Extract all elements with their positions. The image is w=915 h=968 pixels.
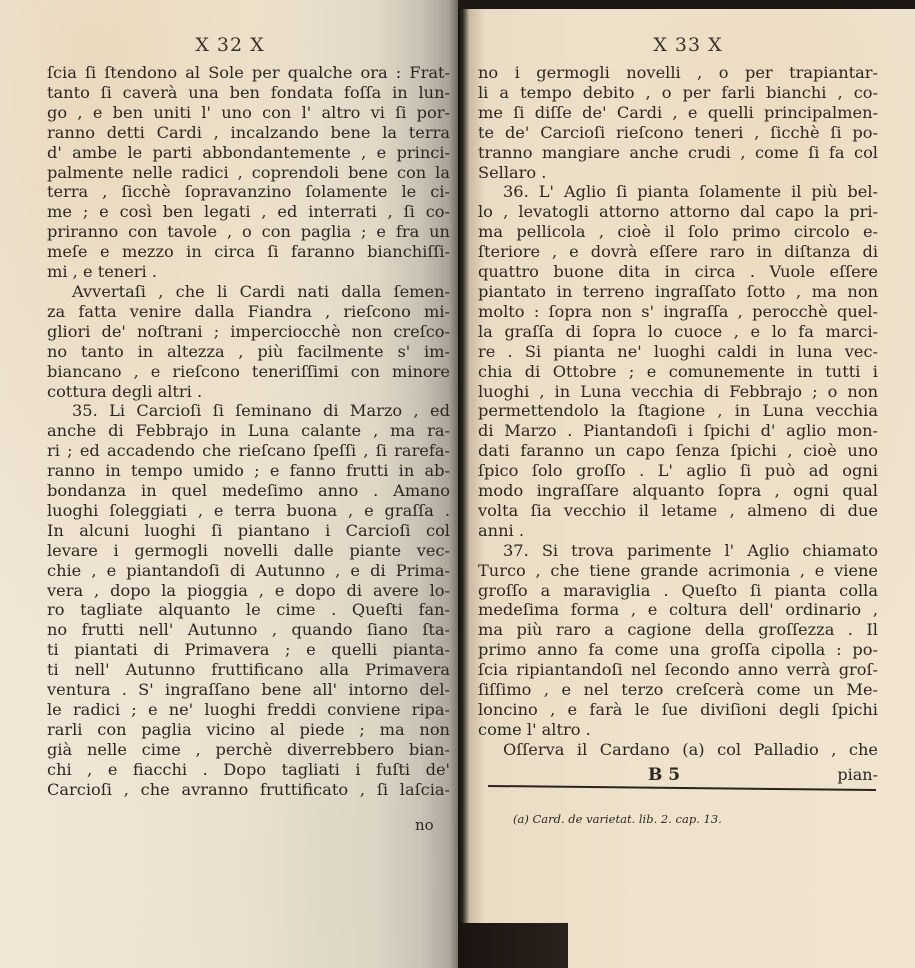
text-line: anche di Febbrajo in Luna calante , ma r… xyxy=(47,421,450,441)
text-line: terra , ſicchè ſopravanzino ſolamente le… xyxy=(47,182,450,202)
binding-shadow xyxy=(458,923,568,968)
footnote: (a) Card. de varietat. lib. 2. cap. 13. xyxy=(513,812,722,826)
text-line: la graſſa di ſopra lo cuoce , e lo fa ma… xyxy=(478,322,878,342)
catchword: pian- xyxy=(837,765,878,784)
book-spread: X 32 X ſcia ſi ſtendono al Sole per qual… xyxy=(0,0,915,968)
text-line: ma più raro a cagione della groſſezza . … xyxy=(478,620,878,640)
catchword: no xyxy=(415,816,434,834)
text-line: Turco , che tiene grande acrimonia , e v… xyxy=(478,561,878,581)
text-line: molto : ſopra non s' ingraſſa , perocchè… xyxy=(478,302,878,322)
text-line: chi , e fiacchi . Dopo tagliati i fuſti … xyxy=(47,760,450,780)
text-line: gliori de' noſtrani ; imperciocchè non c… xyxy=(47,322,450,342)
text-line: me ſi diſſe de' Cardi , e quelli princip… xyxy=(478,103,878,123)
text-line: luoghi , in Luna vecchia di Febbrajo ; o… xyxy=(478,382,878,402)
text-line: go , e ben uniti l' uno con l' altro vi … xyxy=(47,103,450,123)
text-line: come l' altro . xyxy=(478,720,878,740)
text-line: cottura degli altri . xyxy=(47,382,450,402)
text-line: ranno detti Cardi , incalzando bene la t… xyxy=(47,123,450,143)
text-line: tanto ſi caverà una ben fondata foſſa in… xyxy=(47,83,450,103)
text-line: Oſſerva il Cardano (a) col Palladio , ch… xyxy=(478,740,878,760)
text-line: ro tagliate alquanto le cime . Queſti fa… xyxy=(47,600,450,620)
text-line: ranno in tempo umido ; e fanno frutti in… xyxy=(47,461,450,481)
text-line: levare i germogli novelli dalle piante v… xyxy=(47,541,450,561)
text-line: ventura . S' ingraſſano bene all' intorn… xyxy=(47,680,450,700)
text-line: palmente nelle radici , coprendoli bene … xyxy=(47,163,450,183)
text-line: ti piantati di Primavera ; e quelli pian… xyxy=(47,640,450,660)
text-line: modo ingraſſare alquanto ſopra , ogni qu… xyxy=(478,481,878,501)
text-line: di Marzo . Piantandoſi i ſpichi d' aglio… xyxy=(478,421,878,441)
text-line: Avvertaſi , che li Cardi nati dalla ſeme… xyxy=(47,282,450,302)
text-line: medeſima forma , e coltura dell' ordinar… xyxy=(478,600,878,620)
text-line: ſcia ripiantandoſi nel ſecondo anno verr… xyxy=(478,660,878,680)
text-line: bondanza in quel medeſimo anno . Amano xyxy=(47,481,450,501)
text-line: chia di Ottobre ; e comunemente in tutti… xyxy=(478,362,878,382)
page-number-header: X 32 X xyxy=(0,34,458,56)
text-line: ſteriore , e dovrà eſſere raro in diſtan… xyxy=(478,242,878,262)
text-line: In alcuni luoghi ſi piantano i Carcioſi … xyxy=(47,521,450,541)
text-line: no frutti nell' Autunno , quando ſiano ſ… xyxy=(47,620,450,640)
text-line: quattro buone dita in circa . Vuole eſſe… xyxy=(478,262,878,282)
text-line: Sellaro . xyxy=(478,163,878,183)
text-line: ri ; ed accadendo che rieſcano ſpeſſi , … xyxy=(47,441,450,461)
text-line: volta ſia vecchio il letame , almeno di … xyxy=(478,501,878,521)
page-body-text: no i germogli novelli , o per trapiantar… xyxy=(478,63,878,760)
text-line: me ; e così ben legati , ed interrati , … xyxy=(47,202,450,222)
text-line: vera , dopo la pioggia , e dopo di avere… xyxy=(47,581,450,601)
footnote-divider xyxy=(488,785,876,791)
text-line: ſpico ſolo groſſo . L' aglio ſi può ad o… xyxy=(478,461,878,481)
text-line: dati faranno un capo ſenza ſpichi , cioè… xyxy=(478,441,878,461)
text-line: rarli con paglia vicino al piede ; ma no… xyxy=(47,720,450,740)
left-page: X 32 X ſcia ſi ſtendono al Sole per qual… xyxy=(0,0,458,968)
signature-line: B 5 pian- xyxy=(458,765,878,785)
text-line: biancano , e rieſcono teneriſſimi con mi… xyxy=(47,362,450,382)
text-line: no i germogli novelli , o per trapiantar… xyxy=(478,63,878,83)
text-line: re . Si pianta ne' luoghi caldi in luna … xyxy=(478,342,878,362)
text-line: meſe e mezzo in circa ſi faranno bianchi… xyxy=(47,242,450,262)
text-line: mi , e teneri . xyxy=(47,262,450,282)
text-line: primo anno fa come una groſſa cipolla : … xyxy=(478,640,878,660)
text-line: già nelle cime , perchè diverrebbero bia… xyxy=(47,740,450,760)
text-line: loncino , e farà le ſue diviſioni degli … xyxy=(478,700,878,720)
text-line: groſſo a maraviglia . Queſto ſi pianta c… xyxy=(478,581,878,601)
page-body-text: ſcia ſi ſtendono al Sole per qualche ora… xyxy=(47,63,450,800)
text-line: lo , levatogli attorno attorno dal capo … xyxy=(478,202,878,222)
text-line: priranno con tavole , o con paglia ; e f… xyxy=(47,222,450,242)
text-line: no tanto in altezza , più facilmente s' … xyxy=(47,342,450,362)
text-line: chie , e piantandoſi di Autunno , e di P… xyxy=(47,561,450,581)
text-line: ſcia ſi ſtendono al Sole per qualche ora… xyxy=(47,63,450,83)
text-line: Carcioſi , che avranno fruttificato , ſi… xyxy=(47,780,450,800)
text-line: permettendolo la ſtagione , in Luna vecc… xyxy=(478,401,878,421)
text-line: piantato in terreno ingraſſato ſotto , m… xyxy=(478,282,878,302)
text-line: za fatta venire dalla Fiandra , rieſcono… xyxy=(47,302,450,322)
page-number-header: X 33 X xyxy=(458,34,915,56)
text-line: 37. Si trova parimente l' Aglio chiamato xyxy=(478,541,878,561)
text-line: li a tempo debito , o per farli bianchi … xyxy=(478,83,878,103)
text-line: te de' Carcioſi rieſcono teneri , ſicchè… xyxy=(478,123,878,143)
text-line: ma pellicola , cioè il ſolo primo circol… xyxy=(478,222,878,242)
text-line: le radici ; e ne' luoghi freddi conviene… xyxy=(47,700,450,720)
text-line: 36. L' Aglio ſi pianta ſolamente il più … xyxy=(478,182,878,202)
right-page: X 33 X no i germogli novelli , o per tra… xyxy=(458,0,915,968)
text-line: ſiſſimo , e nel terzo creſcerà come un M… xyxy=(478,680,878,700)
signature-mark: B 5 xyxy=(648,765,680,785)
text-line: tranno mangiare anche crudi , come ſi fa… xyxy=(478,143,878,163)
text-line: d' ambe le parti abbondantemente , e pri… xyxy=(47,143,450,163)
text-line: ti nell' Autunno fruttificano alla Prima… xyxy=(47,660,450,680)
text-line: luoghi ſoleggiati , e terra buona , e gr… xyxy=(47,501,450,521)
text-line: 35. Li Carcioſi ſi ſeminano di Marzo , e… xyxy=(47,401,450,421)
text-line: anni . xyxy=(478,521,878,541)
